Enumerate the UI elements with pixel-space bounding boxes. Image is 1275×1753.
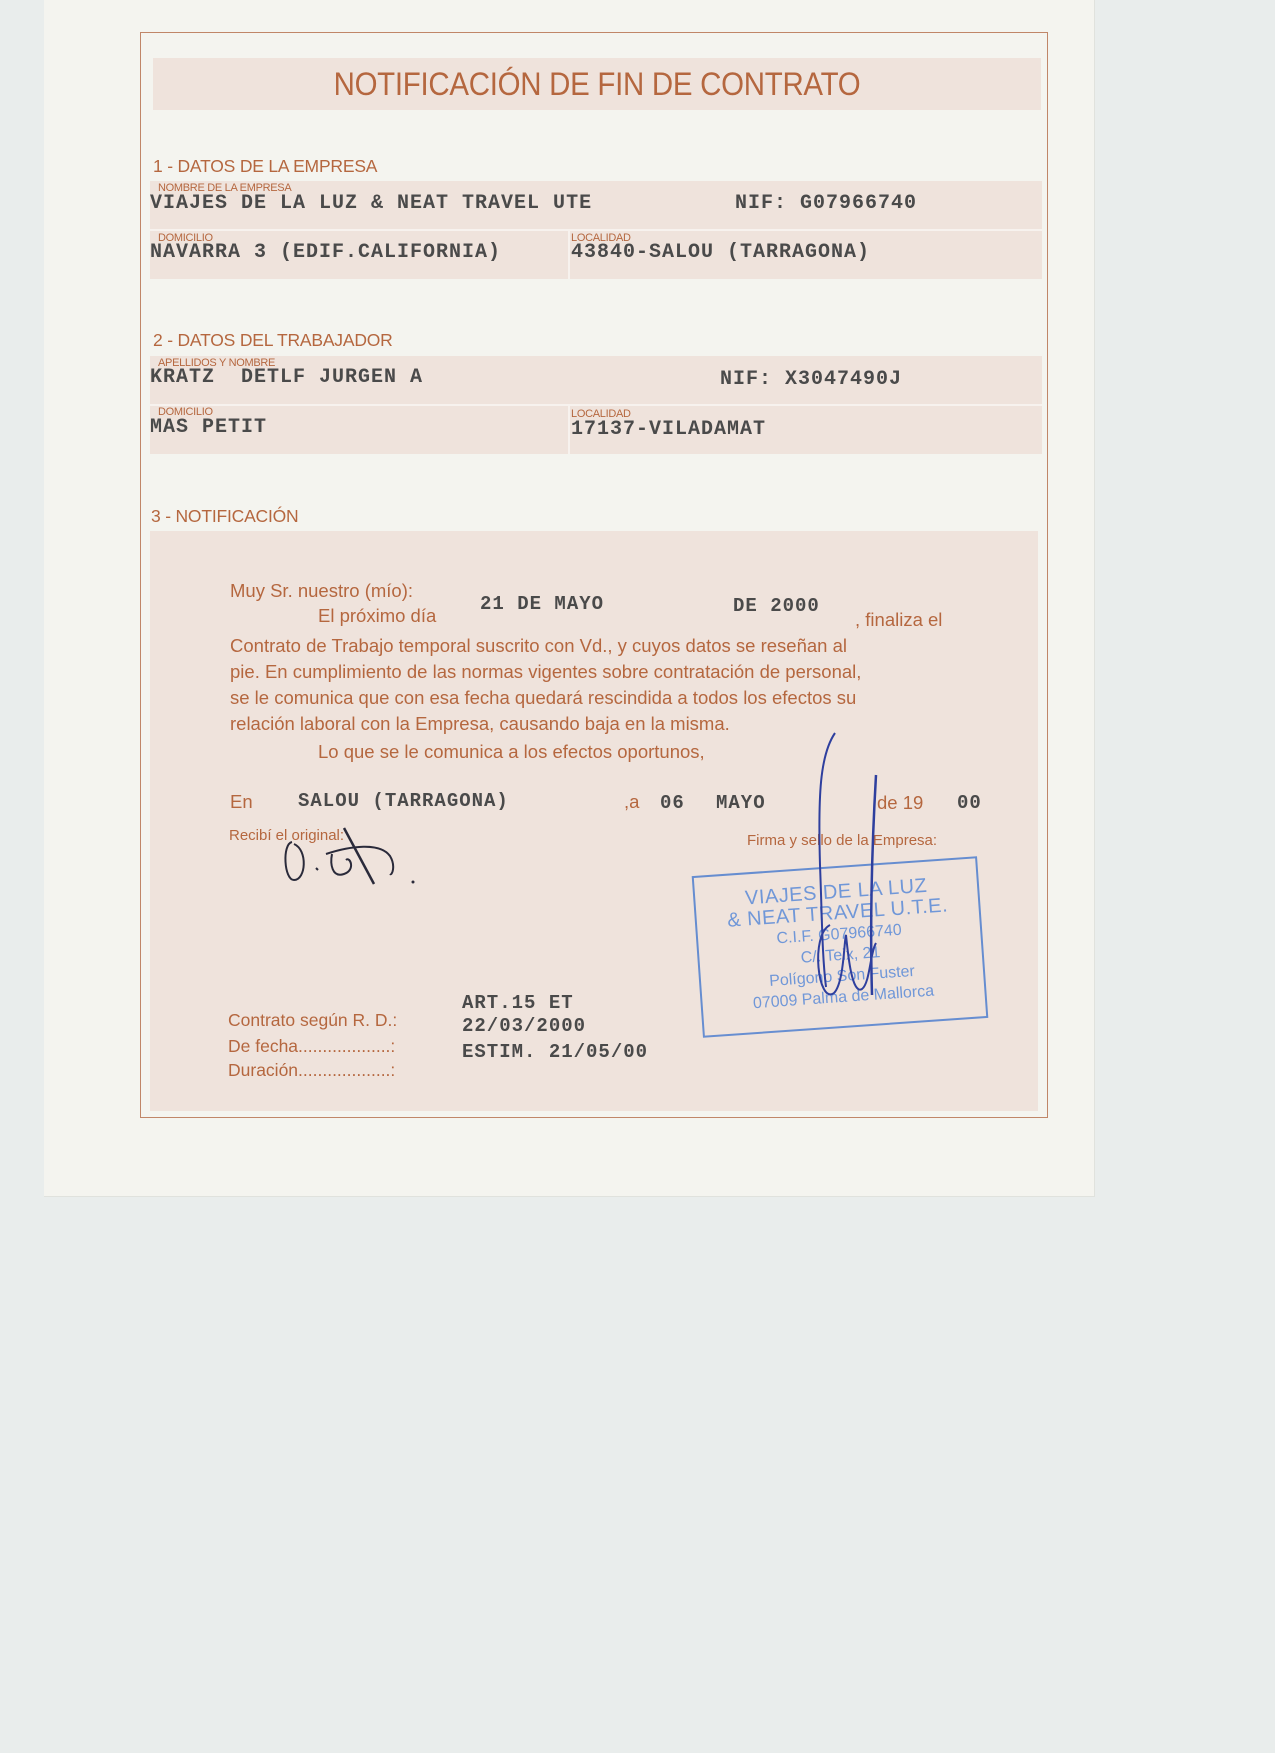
finaliza-text: , finaliza el (855, 607, 942, 633)
lugar-value: SALOU (TARRAGONA) (298, 790, 509, 812)
body-line-4: relación laboral con la Empresa, causand… (230, 711, 730, 737)
section-heading-notificacion: 3 - NOTIFICACIÓN (151, 506, 299, 527)
a-label: ,a (624, 789, 639, 815)
section-heading-empresa: 1 - DATOS DE LA EMPRESA (153, 156, 377, 177)
company-signature (800, 725, 960, 1015)
salutation: Muy Sr. nuestro (mío): (230, 578, 413, 604)
body-line-3: se le comunica que con esa fecha quedará… (230, 685, 856, 711)
fecha-fin-dia-mes: 21 DE MAYO (480, 593, 604, 615)
trabajador-nombre-value: KRATZ DETLF JURGEN A (150, 366, 423, 389)
worker-signature (280, 820, 430, 890)
anio-value: 00 (957, 792, 982, 814)
dia-value: 06 (660, 792, 685, 814)
proximo-dia-label: El próximo día (318, 603, 436, 629)
body-line-2: pie. En cumplimiento de las normas vigen… (230, 659, 861, 685)
contrato-value: ART.15 ET (462, 992, 574, 1014)
mes-value: MAYO (716, 792, 766, 814)
duracion-label: Duración...................: (228, 1060, 395, 1081)
fecha-value: 22/03/2000 (462, 1015, 586, 1037)
duracion-value: ESTIM. 21/05/00 (462, 1041, 648, 1063)
column-divider (568, 406, 570, 454)
contrato-label: Contrato según R. D.: (228, 1010, 397, 1031)
closing-text: Lo que se le comunica a los efectos opor… (318, 739, 705, 765)
body-line-1: Contrato de Trabajo temporal suscrito co… (230, 633, 847, 659)
column-divider (568, 231, 570, 279)
en-label: En (230, 789, 253, 815)
trabajador-nif-value: NIF: X3047490J (720, 368, 902, 391)
trabajador-domicilio-value: MAS PETIT (150, 416, 267, 439)
trabajador-localidad-value: 17137-VILADAMAT (571, 418, 766, 441)
fecha-fin-anio: DE 2000 (733, 595, 820, 617)
empresa-localidad-value: 43840-SALOU (TARRAGONA) (571, 241, 870, 264)
fecha-label: De fecha...................: (228, 1036, 395, 1057)
document-title: NOTIFICACIÓN DE FIN DE CONTRATO (189, 58, 1006, 110)
empresa-nif-value: NIF: G07966740 (735, 192, 917, 215)
empresa-nombre-value: VIAJES DE LA LUZ & NEAT TRAVEL UTE (150, 192, 592, 215)
empresa-domicilio-value: NAVARRA 3 (EDIF.CALIFORNIA) (150, 241, 501, 264)
section-heading-trabajador: 2 - DATOS DEL TRABAJADOR (153, 330, 393, 351)
